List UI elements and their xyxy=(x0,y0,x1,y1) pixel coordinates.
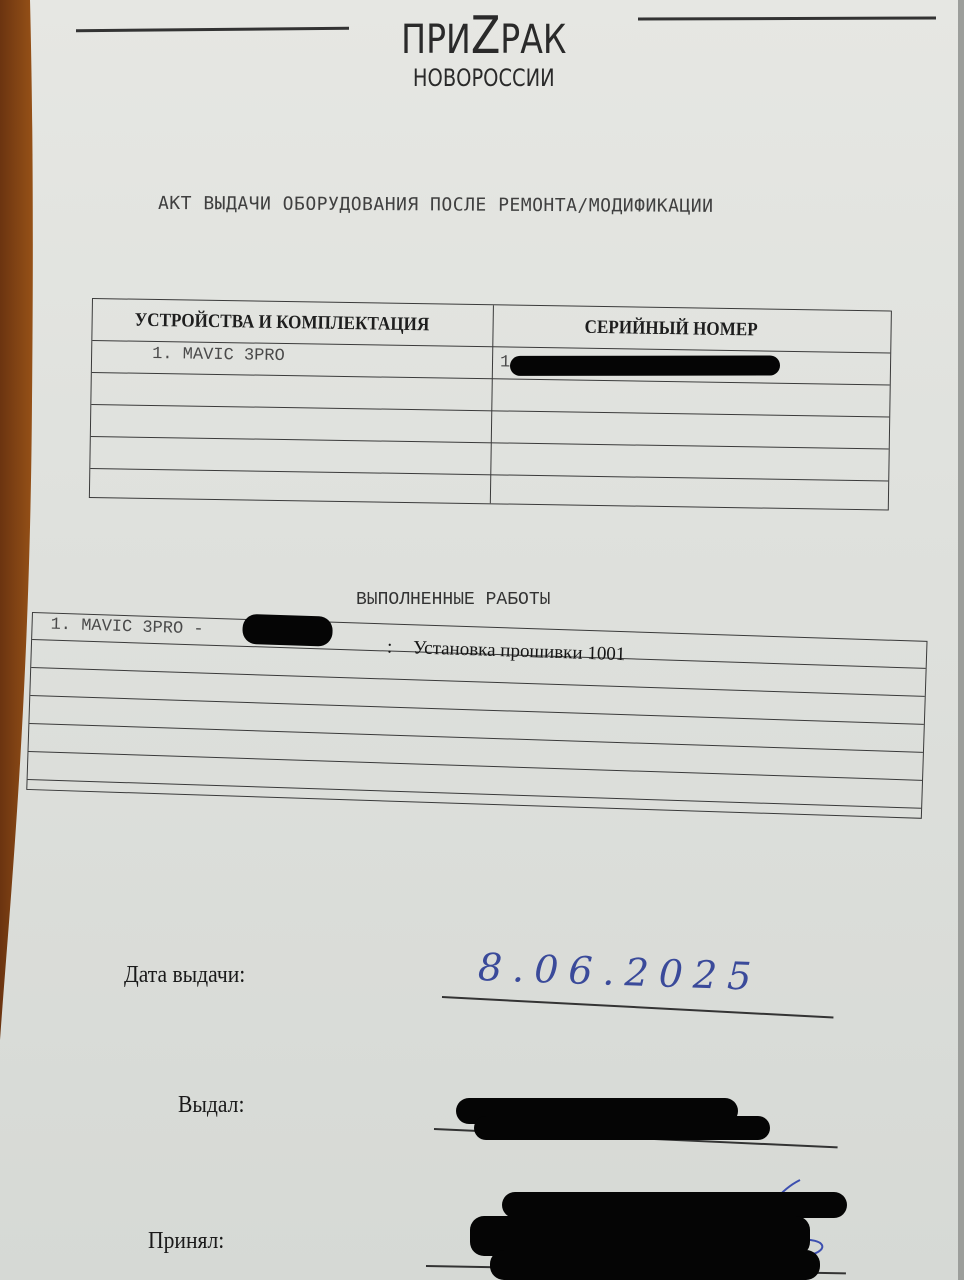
work-item-cell: 1. MAVIC 3PRO - xyxy=(50,616,204,640)
paper-edge-shadow xyxy=(958,0,964,1280)
redaction-mark xyxy=(510,355,780,375)
logo-subtitle: НОВОРОССИИ xyxy=(403,64,565,92)
redaction-mark xyxy=(474,1116,770,1140)
document-title: АКТ ВЫДАЧИ ОБОРУДОВАНИЯ ПОСЛЕ РЕМОНТА/МО… xyxy=(158,193,714,217)
redaction-mark xyxy=(242,614,333,647)
issue-date-label: Дата выдачи: xyxy=(124,962,245,989)
works-table: 1. MAVIC 3PRO - : Установка прошивки 100… xyxy=(26,612,927,819)
logo-z-letter: Z xyxy=(471,6,500,66)
column-header-serial: СЕРИЙНЫЙ НОМЕР xyxy=(584,317,757,342)
devices-table: УСТРОЙСТВА И КОМПЛЕКТАЦИЯ СЕРИЙНЫЙ НОМЕР… xyxy=(89,298,892,511)
logo-text-part2: РАК xyxy=(500,17,566,63)
redaction-mark xyxy=(502,1192,847,1218)
column-header-devices: УСТРОЙСТВА И КОМПЛЕКТАЦИЯ xyxy=(134,310,429,337)
works-section-title: ВЫПОЛНЕННЫЕ РАБОТЫ xyxy=(356,590,550,610)
brand-logo: ПРИZРАК НОВОРОССИИ xyxy=(394,14,574,92)
redaction-mark xyxy=(490,1250,820,1280)
logo-text-part1: ПРИ xyxy=(401,17,471,63)
issued-by-label: Выдал: xyxy=(178,1092,244,1119)
device-cell: 1. MAVIC 3PRO xyxy=(152,345,285,366)
serial-cell-prefix: 1 xyxy=(500,353,511,372)
received-by-label: Принял: xyxy=(148,1228,224,1255)
